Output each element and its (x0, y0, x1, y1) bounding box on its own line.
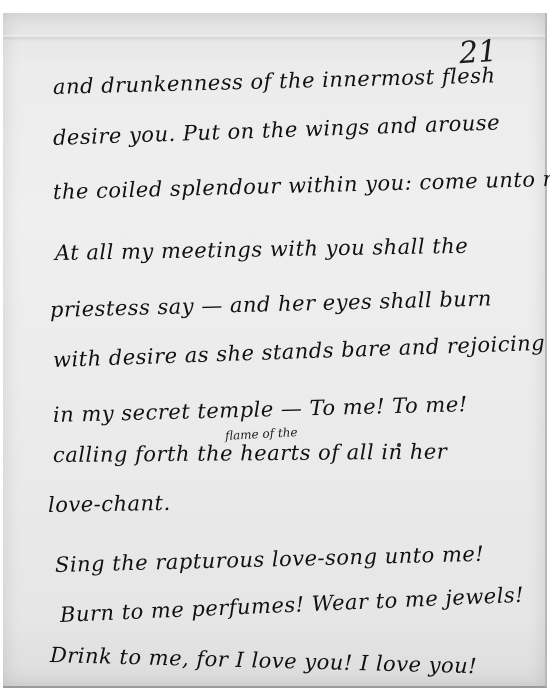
manuscript-line-12: Drink to me, for I love you! I love you! (50, 643, 478, 678)
manuscript-line-2: desire you. Put on the wings and arouse (53, 110, 501, 150)
ink-speck (397, 443, 401, 447)
manuscript-line-5: priestess say — and her eyes shall burn (50, 286, 492, 322)
manuscript-line-3: the coiled splendour within you: come un… (53, 166, 550, 204)
manuscript-line-9: love-chant. (48, 491, 171, 517)
manuscript-line-8: calling forth the hearts of all in her (53, 440, 447, 467)
manuscript-line-11: Burn to me perfumes! Wear to me jewels! (59, 583, 524, 627)
manuscript-line-1: and drunkenness of the innermost flesh (53, 63, 496, 99)
manuscript-line-7: in my secret temple — To me! To me! (53, 392, 468, 427)
manuscript-line-4: At all my meetings with you shall the (55, 234, 469, 265)
manuscript-page: 21 and drunkenness of the innermost fles… (3, 13, 547, 688)
manuscript-line-10: Sing the rapturous love-song unto me! (55, 542, 485, 577)
manuscript-line-6: with desire as she stands bare and rejoi… (53, 331, 546, 372)
